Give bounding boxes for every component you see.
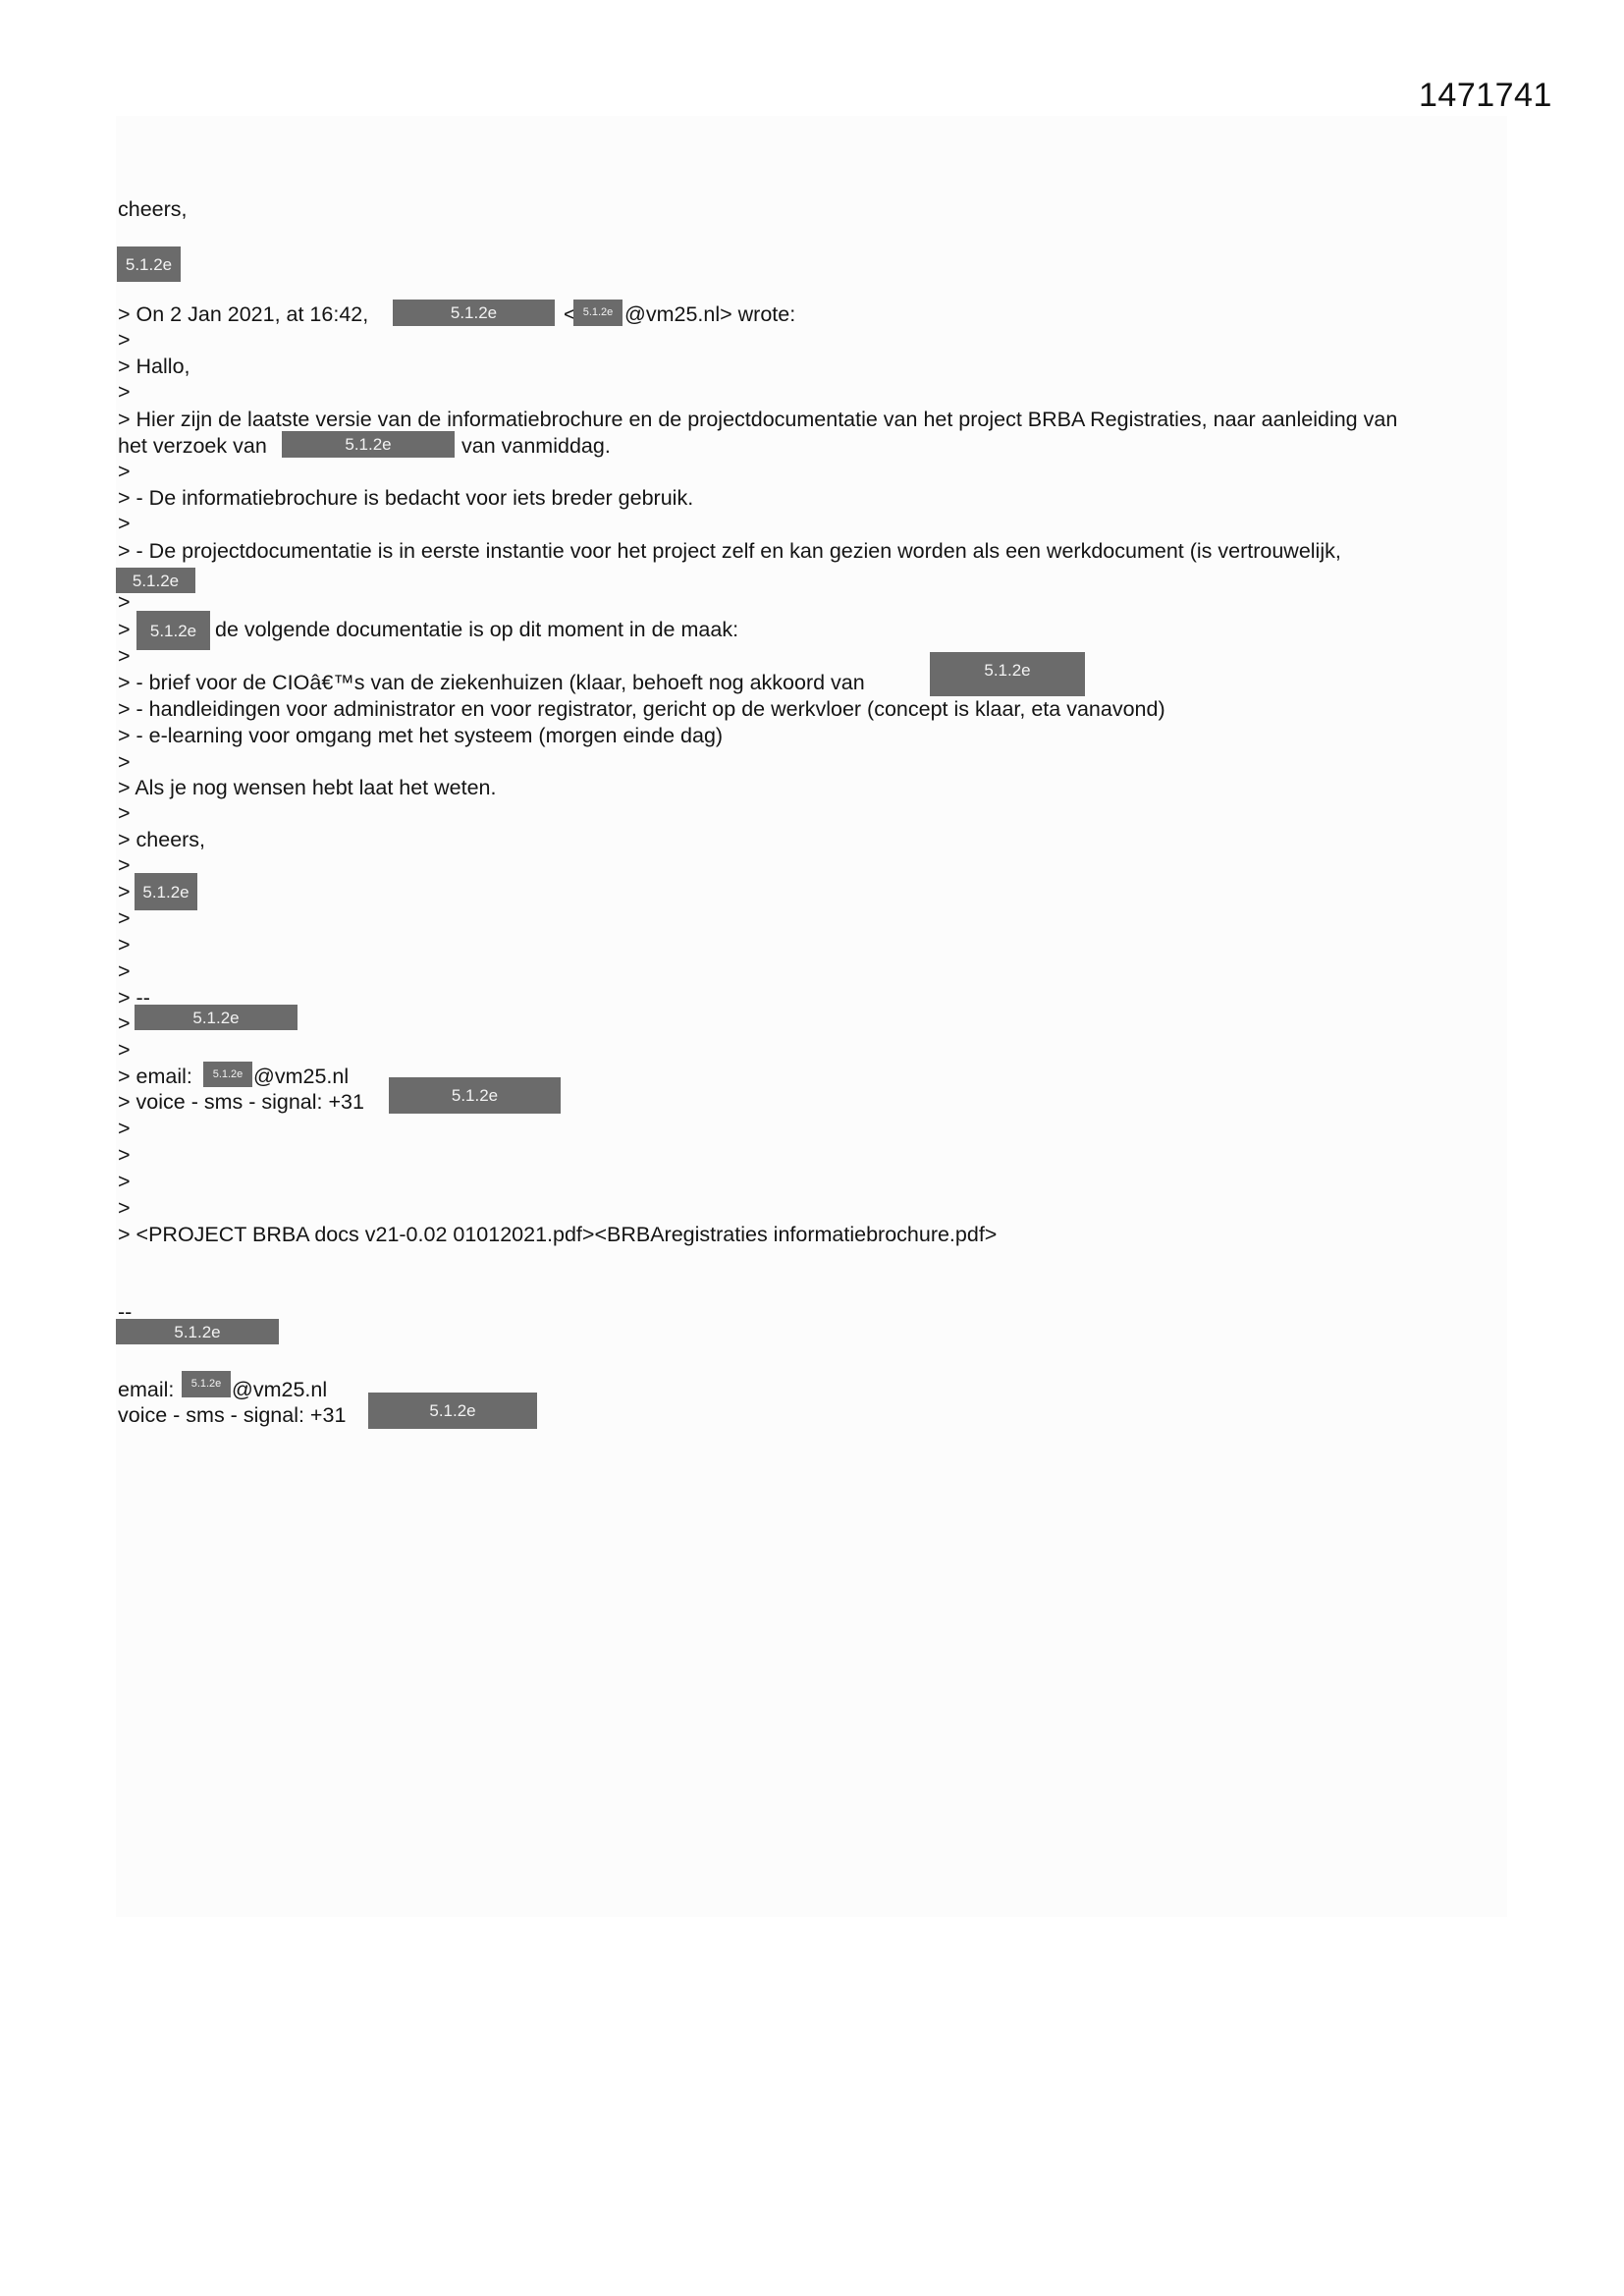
redacted-requester-name: 5.1.2e — [282, 431, 455, 458]
redacted-quoted-sender-name: 5.1.2e — [135, 873, 197, 910]
quoted-paragraph-line1: > Hier zijn de laatste versie van de inf… — [118, 407, 1397, 432]
quote-marker: > — [118, 1195, 131, 1221]
quoted-attachments: > <PROJECT BRBA docs v21-0.02 01012021.p… — [118, 1222, 997, 1247]
quote-marker: > — [118, 1169, 131, 1194]
quote-marker: > — [118, 932, 131, 957]
quote-marker: > — [118, 1037, 131, 1063]
quoted-email-domain: @vm25.nl — [253, 1064, 349, 1089]
quote-marker: > — [118, 1011, 131, 1036]
quote-marker: > — [118, 327, 131, 353]
quote-marker: > — [118, 643, 131, 669]
email-body-area — [116, 116, 1507, 1917]
quoted-paragraph-line2-end: van vanmiddag. — [461, 433, 611, 459]
redacted-sender-name: 5.1.2e — [117, 246, 181, 282]
quote-marker: > — [118, 749, 131, 775]
redacted-original-email-user: 5.1.2e — [573, 300, 623, 326]
quote-marker: > — [118, 1142, 131, 1168]
quote-marker: > — [118, 905, 131, 931]
quoted-docs-intro: de volgende documentatie is op dit momen… — [215, 617, 738, 642]
quoted-bullet-brochure: > - De informatiebrochure is bedacht voo… — [118, 485, 693, 511]
quote-marker: > — [118, 879, 131, 904]
quoted-header-domain: @vm25.nl> wrote: — [624, 301, 795, 327]
quoted-wishes: > Als je nog wensen hebt laat het weten. — [118, 775, 496, 800]
signoff: cheers, — [118, 196, 188, 222]
quoted-paragraph-line2-start: het verzoek van — [118, 433, 267, 459]
signature-phone-label: voice - sms - signal: +31 — [118, 1402, 346, 1428]
redacted-signature-email-user: 5.1.2e — [182, 1371, 231, 1397]
redacted-signature-name: 5.1.2e — [116, 1319, 279, 1344]
quote-marker: > — [118, 617, 131, 642]
redacted-approver: 5.1.2e — [930, 652, 1085, 696]
redacted-original-sender: 5.1.2e — [393, 300, 555, 326]
quote-marker: > — [118, 852, 131, 878]
quoted-bullet-projectdoc: > - De projectdocumentatie is in eerste … — [118, 538, 1341, 564]
quote-marker: > — [118, 589, 131, 615]
quote-marker: > — [118, 1116, 131, 1141]
quoted-cheers: > cheers, — [118, 827, 205, 852]
quoted-item-brief: > - brief voor de CIOâ€™s van de ziekenh… — [118, 670, 865, 695]
quoted-greeting: > Hallo, — [118, 354, 190, 379]
quote-marker: > — [118, 800, 131, 826]
signature-email-label: email: — [118, 1377, 174, 1402]
quote-marker: > — [118, 958, 131, 984]
redacted-quoted-phone: 5.1.2e — [389, 1077, 561, 1114]
quoted-header-prefix: > On 2 Jan 2021, at 16:42, — [118, 302, 368, 326]
document-page-number: 1471741 — [1419, 77, 1552, 115]
redacted-quoted-email-user: 5.1.2e — [203, 1062, 252, 1087]
redacted-intro-word: 5.1.2e — [136, 611, 210, 650]
quote-marker: > — [118, 379, 131, 405]
quoted-email-label: > email: — [118, 1064, 192, 1089]
redacted-signature-phone: 5.1.2e — [368, 1393, 537, 1429]
quoted-header: > On 2 Jan 2021, at 16:42, — [118, 301, 368, 327]
signature-email-domain: @vm25.nl — [232, 1377, 327, 1402]
quoted-item-elearning: > - e-learning voor omgang met het syste… — [118, 723, 723, 748]
quote-marker: > — [118, 459, 131, 484]
quoted-phone-label: > voice - sms - signal: +31 — [118, 1089, 364, 1115]
redacted-quoted-sig-name: 5.1.2e — [135, 1005, 298, 1030]
quoted-item-handleidingen: > - handleidingen voor administrator en … — [118, 696, 1165, 722]
quote-marker: > — [118, 511, 131, 536]
